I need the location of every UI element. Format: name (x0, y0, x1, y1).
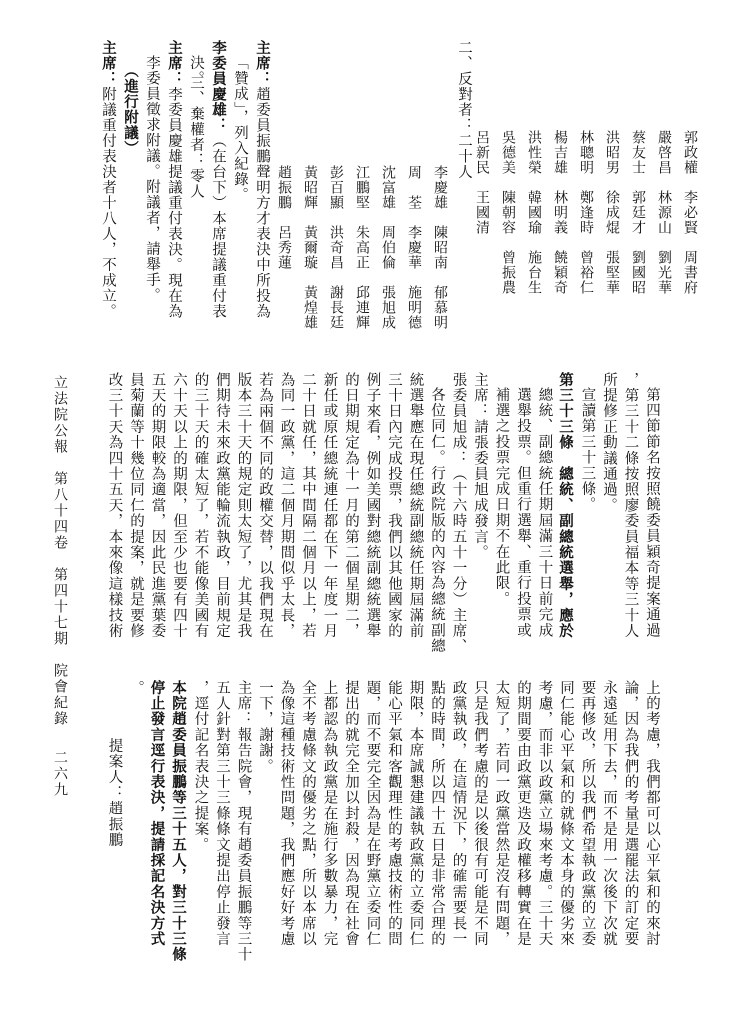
voter-name: 呂新民 (472, 130, 492, 175)
speaker-label: 主席： (100, 40, 117, 87)
voter-name: 曾振農 (498, 250, 518, 295)
opposed-name: 黃煌雄 (300, 285, 320, 330)
opposed-name: 周伯倫 (378, 225, 398, 270)
text-column: 題，而不要完全因為是在野黨立委同仁 (361, 680, 383, 980)
text-column: 同仁能心平氣和的就條文本身的優劣來 (555, 680, 577, 980)
text-column: 們期待未來政黨能輪流執政，目前規定 (211, 372, 233, 672)
text-column: 二十日就任，其中間隔二個月以上，若 (297, 372, 319, 672)
paragraph-line: （進行附議） (120, 63, 141, 156)
opposed-name: 謝長廷 (326, 285, 346, 330)
text-column: 太短了，若同一政黨當然是沒有問題， (490, 680, 512, 980)
paragraph-line: 李委員徵求附議。附議者，請舉手。 (142, 55, 163, 303)
text-column: 五人針對第三十三條條文提出停止發言 (211, 680, 233, 980)
middle-tier: 第四節節名按照饒委員穎奇提案通過，第三十二條按照廖委員福本等三十人所提修正動議通… (103, 372, 662, 672)
text-column: 補選之投票完成日期不在此限。 (490, 372, 512, 672)
opposed-name: 李慶雄 (430, 165, 450, 210)
voter-name: 徐成焜 (602, 190, 622, 235)
volume: 第八十四卷 (52, 471, 68, 551)
paragraph-line: 主席：趙委員振鵬聲明方才表決中所投為 (252, 40, 273, 319)
voter-name: 施台生 (524, 250, 544, 295)
text-column: 上都認為執政黨是在施行多數暴力，完 (318, 680, 340, 980)
page-footer-publication: 立法院公報 第八十四卷 第四十七期 院會紀錄 (50, 375, 70, 727)
voter-name: 李必賢 (680, 190, 700, 235)
voter-name: 林聰明 (576, 130, 596, 175)
opposed-name: 周 荃 (404, 165, 424, 210)
text-column: 政黨執政，在這情況下，的確需要長一 (447, 680, 469, 980)
voter-name: 張堅華 (602, 250, 622, 295)
opposed-name: 彭百顯 (326, 165, 346, 210)
voter-name: 劉國昭 (628, 250, 648, 295)
speaker-label: 李委員慶雄： (210, 40, 227, 133)
voter-name: 洪昭男 (602, 130, 622, 175)
voter-name: 王國清 (472, 190, 492, 235)
paragraph-text: 李委員徵求附議。附議者，請舉手。 (144, 55, 160, 303)
text-column: 要再修改，所以我們希望執政黨的立委 (576, 680, 598, 980)
opposed-name: 洪奇昌 (326, 225, 346, 270)
text-column: 第四節節名按照饒委員穎奇提案通過 (641, 372, 663, 672)
text-column: 員菊蘭等十幾位同仁的提案，就是要修 (125, 372, 147, 672)
voter-name: 嚴啓昌 (654, 130, 674, 175)
speaker-label: 主席： (254, 40, 271, 87)
voter-name: 周書府 (680, 250, 700, 295)
text-column: 全不考慮條文的優劣之點，所以本席以 (297, 680, 319, 980)
text-column: 的期間要由政黨更迭及政權移轉實在是 (512, 680, 534, 980)
text-column: 提案人：趙振鵬 (103, 680, 125, 980)
publication-name: 立法院公報 (52, 375, 68, 455)
opposed-name: 施明德 (404, 285, 424, 330)
text-column: 的三十天的確太短了，若不能像美國有 (189, 372, 211, 672)
paragraph-text: 趙委員振鵬聲明方才表決中所投為 (254, 87, 270, 320)
paragraph-text: （在台下）本席提議重付表 (210, 133, 226, 319)
text-column: 為像這種技術性問題，我們應好好考慮 (275, 680, 297, 980)
text-column: 只是我們考慮的是以後很有可能是不同 (469, 680, 491, 980)
text-column: 提出的就完全加以封殺，因為現在社會 (340, 680, 362, 980)
text-column: 一下，謝謝。 (254, 680, 276, 980)
issue: 第四十七期 (52, 567, 68, 647)
text-column: 主席：請張委員旭成發言。 (469, 372, 491, 672)
voter-name: 林源山 (654, 190, 674, 235)
text-column: 統選舉應在現任總統副總統任期屆滿前 (404, 372, 426, 672)
text-column: ，逕付記名表決之提案。 (189, 680, 211, 980)
text-column: 張委員旭成：（十六時五十一分）主席、 (447, 372, 469, 672)
paragraph-line: 李委員慶雄：（在台下）本席提議重付表 (208, 40, 229, 319)
text-column: 版本三十天的規定則太短了，尤其是我 (232, 372, 254, 672)
text-column: 三十日內完成投票，我們以其他國家的 (383, 372, 405, 672)
text-column: 五天的期限較為適當，因此民進黨葉委 (146, 372, 168, 672)
text-column: 點的時間，所以四十五日是非常合理的 (426, 680, 448, 980)
text-column: 考慮，而非以政黨立場來考慮。三十天 (533, 680, 555, 980)
opposed-name: 李慶華 (404, 225, 424, 270)
text-column: 主席：報告院會，現有趙委員振鵬等三十 (232, 680, 254, 980)
voter-name: 林明義 (550, 190, 570, 235)
text-column: 所提修正動議通過。 (598, 372, 620, 672)
opposed-heading: 二、反對者：二十人 (454, 40, 475, 180)
voter-name: 鄭逢時 (576, 190, 596, 235)
opposed-name: 郁慕明 (430, 285, 450, 330)
text-column: 各位同仁。行政院版的內容為總統副總 (426, 372, 448, 672)
text-column: 為同一政黨，這二個月期間似乎太長， (275, 372, 297, 672)
text-column: 停止發言逕行表決，提請採記名決方式 (146, 680, 168, 980)
paragraph-line: 主席：李委員慶雄提議重付表決。現在為 (164, 40, 185, 319)
text-column: 本院趙委員振鵬等三十五人，對三十三條 (168, 680, 190, 980)
text-column: 。 (125, 680, 147, 980)
text-column: 若為兩個不同的政權交替，以我們現在 (254, 372, 276, 672)
paragraph-line: 主席：附議重付表決者十八人，不成立。 (98, 40, 119, 319)
abstain-heading: 三、棄權者：零人 (186, 75, 207, 199)
opposed-name: 江鵬堅 (352, 165, 372, 210)
text-column: 上的考慮，我們都可以心平氣和的來討 (641, 680, 663, 980)
text-column: 期限，本席誠懇建議執政黨的立委同仁 (404, 680, 426, 980)
opposed-name: 黃爾璇 (300, 225, 320, 270)
text-column: 總統、副總統任期屆滿三十日前完成 (533, 372, 555, 672)
voter-name: 蔡友士 (628, 130, 648, 175)
page-number: 二六九 (50, 750, 70, 798)
text-column: 能心平氣和客觀理性的考慮技術性的問 (383, 680, 405, 980)
voter-name: 曾裕仁 (576, 250, 596, 295)
voter-name: 洪性榮 (524, 130, 544, 175)
paragraph-line: 「贊成」，列入紀錄。 (230, 55, 251, 203)
text-column: 論，因為我們的考量是選罷法的訂定要 (619, 680, 641, 980)
paragraph-text: 「贊成」，列入紀錄。 (232, 55, 248, 203)
text-column: 第三十三條 總統、副總統選舉，應於 (555, 372, 577, 672)
speaker-label: 主席： (166, 40, 183, 87)
text-column: 選舉投票。但重行選舉、重行投票或 (512, 372, 534, 672)
voter-name: 郭廷才 (628, 190, 648, 235)
opposed-name: 邱連輝 (352, 285, 372, 330)
text-column: 改三十天為四十五天，本來像這樣技術 (103, 372, 125, 672)
opposed-name: 黃昭輝 (300, 165, 320, 210)
paragraph-line: 決。 (186, 55, 207, 86)
text-column: 新任或原任總統連任都在下一年度一月 (318, 372, 340, 672)
voter-name: 陳朝容 (498, 190, 518, 235)
opposed-name: 沈富雄 (378, 165, 398, 210)
bottom-tier: 上的考慮，我們都可以心平氣和的來討論，因為我們的考量是選罷法的訂定要永遠延用下去… (103, 680, 662, 980)
voter-name: 韓國瑜 (524, 190, 544, 235)
voter-name: 饒穎奇 (550, 250, 570, 295)
opposed-name: 呂秀蓮 (274, 225, 294, 270)
paragraph-text: （進行附議） (122, 63, 139, 156)
voter-name: 郭政權 (680, 130, 700, 175)
text-column: 六十天以上的期限，但至少也要有四十 (168, 372, 190, 672)
text-column: 例子來看，例如美國對總統副總統選舉 (361, 372, 383, 672)
opposed-name: 張旭成 (378, 285, 398, 330)
opposed-name: 朱高正 (352, 225, 372, 270)
text-column: 的日期規定為十一月的第二個星期二， (340, 372, 362, 672)
voter-name: 劉光華 (654, 250, 674, 295)
opposed-name: 陳昭南 (430, 225, 450, 270)
text-column: ，第三十二條按照廖委員福本等三十人 (619, 372, 641, 672)
paragraph-text: 李委員慶雄提議重付表決。現在為 (166, 87, 182, 320)
section-name: 院會紀錄 (52, 663, 68, 727)
paragraph-text: 決。 (188, 55, 204, 86)
paragraph-text: 附議重付表決者十八人，不成立。 (100, 87, 116, 320)
text-column: 永遠延用下去，而不是用一次後下次就 (598, 680, 620, 980)
voter-name: 楊吉雄 (550, 130, 570, 175)
voter-name: 吳德美 (498, 130, 518, 175)
text-column: 宣讀第三十三條。 (576, 372, 598, 672)
opposed-name: 趙振鵬 (274, 165, 294, 210)
